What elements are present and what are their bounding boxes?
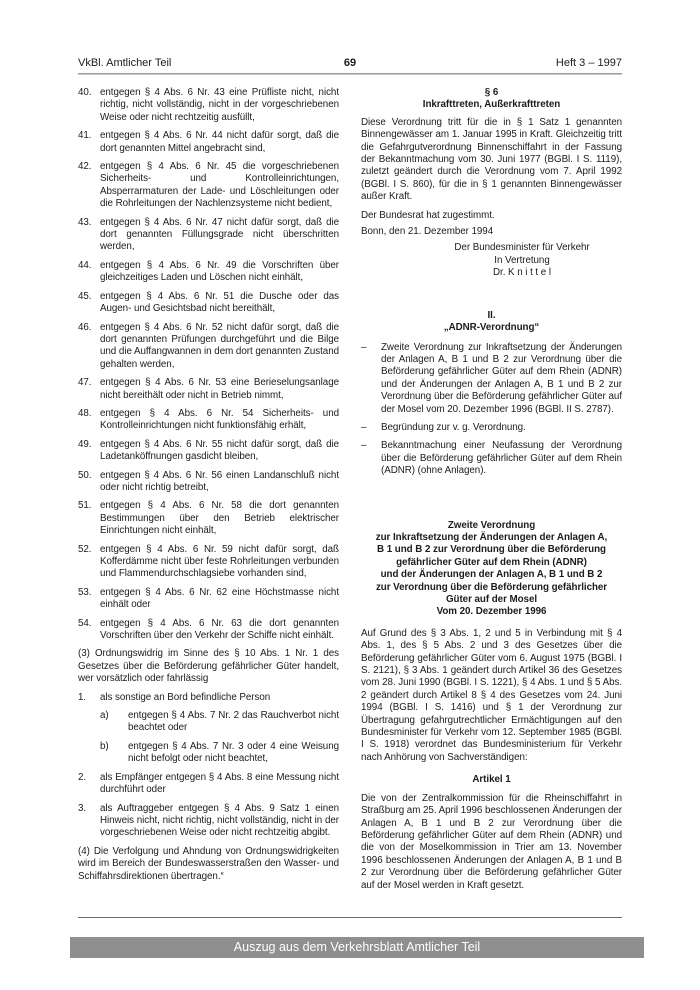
list-item-52: 52. entgegen § 4 Abs. 6 Nr. 59 nicht daf… xyxy=(78,544,339,581)
enabling-clause: Auf Grund des § 3 Abs. 1, 2 und 5 in Ver… xyxy=(361,628,622,764)
sub-item-1: 1. als sonstige an Bord befindliche Pers… xyxy=(78,692,339,704)
signature-block: Der Bundesminister für Verkehr In Vertre… xyxy=(422,242,622,279)
footer-banner: Auszug aus dem Verkehrsblatt Amtlicher T… xyxy=(70,937,644,958)
item-text: entgegen § 4 Abs. 6 Nr. 47 nicht dafür s… xyxy=(100,217,339,254)
item-text: als Empfänger entgegen § 4 Abs. 8 eine M… xyxy=(100,772,339,797)
item-text: entgegen § 4 Abs. 6 Nr. 62 eine Höchstma… xyxy=(100,587,339,612)
item-text: entgegen § 4 Abs. 6 Nr. 54 Sicherheits- … xyxy=(100,408,339,433)
artikel-1-body: Die von der Zentralkommission für die Rh… xyxy=(361,793,622,892)
page-number: 69 xyxy=(259,57,440,70)
item-number: 53. xyxy=(78,587,100,612)
item-number: 40. xyxy=(78,87,100,124)
paragraph-3: (3) Ordnungswidrig im Sinne des § 10 Abs… xyxy=(78,648,339,685)
date-line: Bonn, den 21. Dezember 1994 xyxy=(361,226,622,238)
left-column: 40. entgegen § 4 Abs. 6 Nr. 43 eine Prüf… xyxy=(78,87,339,898)
section-ii-number: II. xyxy=(361,310,622,322)
item-number: 50. xyxy=(78,470,100,495)
dash-item-text: Bekanntmachung einer Neufassung der Vero… xyxy=(381,440,622,477)
item-number: 45. xyxy=(78,291,100,316)
item-text: entgegen § 4 Abs. 6 Nr. 58 die dort gena… xyxy=(100,500,339,537)
section-ii-heading: II. „ADNR-Verordnung“ xyxy=(361,310,622,335)
item-number: 46. xyxy=(78,322,100,372)
list-item-46: 46. entgegen § 4 Abs. 6 Nr. 52 nicht daf… xyxy=(78,322,339,372)
section-6-body: Diese Verordnung tritt für die in § 1 Sa… xyxy=(361,117,622,204)
item-number: 48. xyxy=(78,408,100,433)
item-number: 41. xyxy=(78,130,100,155)
section-6-heading: § 6 Inkrafttreten, Außerkrafttreten xyxy=(361,87,622,112)
item-text: entgegen § 4 Abs. 6 Nr. 49 die Vorschrif… xyxy=(100,260,339,285)
signature-name: Dr. K n i t t e l xyxy=(422,267,622,279)
item-text: entgegen § 4 Abs. 6 Nr. 56 einen Landans… xyxy=(100,470,339,495)
item-number: 49. xyxy=(78,439,100,464)
item-number: 51. xyxy=(78,500,100,537)
item-number: 1. xyxy=(78,692,100,704)
list-item-43: 43. entgegen § 4 Abs. 6 Nr. 47 nicht daf… xyxy=(78,217,339,254)
item-number: 54. xyxy=(78,618,100,643)
item-text: als Auftraggeber entgegen § 4 Abs. 9 Sat… xyxy=(100,803,339,840)
sub-item-3: 3. als Auftraggeber entgegen § 4 Abs. 9 … xyxy=(78,803,339,840)
list-item-41: 41. entgegen § 4 Abs. 6 Nr. 44 nicht daf… xyxy=(78,130,339,155)
item-text: entgegen § 4 Abs. 7 Nr. 2 das Rauchverbo… xyxy=(128,710,339,735)
item-text: entgegen § 4 Abs. 6 Nr. 53 eine Beriesel… xyxy=(100,377,339,402)
journal-title: VkBl. Amtlicher Teil xyxy=(78,57,259,70)
bundesrat-line: Der Bundesrat hat zugestimmt. xyxy=(361,210,622,222)
item-number: a) xyxy=(100,710,128,735)
dash-item-text: Begründung zur v. g. Verordnung. xyxy=(381,422,622,434)
bottom-rule xyxy=(78,917,622,918)
right-column: § 6 Inkrafttreten, Außerkrafttreten Dies… xyxy=(361,87,622,898)
item-text: entgegen § 4 Abs. 6 Nr. 55 nicht dafür s… xyxy=(100,439,339,464)
list-item-53: 53. entgegen § 4 Abs. 6 Nr. 62 eine Höch… xyxy=(78,587,339,612)
item-text: entgegen § 4 Abs. 7 Nr. 3 oder 4 eine We… xyxy=(128,741,339,766)
item-number: 43. xyxy=(78,217,100,254)
item-text: entgegen § 4 Abs. 6 Nr. 51 die Dusche od… xyxy=(100,291,339,316)
list-item-51: 51. entgegen § 4 Abs. 6 Nr. 58 die dort … xyxy=(78,500,339,537)
item-text: als sonstige an Bord befindliche Person xyxy=(100,692,339,704)
section-6-number: § 6 xyxy=(361,87,622,99)
artikel-1-title: Artikel 1 xyxy=(361,774,622,786)
item-number: 47. xyxy=(78,377,100,402)
item-text: entgegen § 4 Abs. 6 Nr. 44 nicht dafür s… xyxy=(100,130,339,155)
list-item-50: 50. entgegen § 4 Abs. 6 Nr. 56 einen Lan… xyxy=(78,470,339,495)
item-number: 3. xyxy=(78,803,100,840)
list-item-49: 49. entgegen § 4 Abs. 6 Nr. 55 nicht daf… xyxy=(78,439,339,464)
item-number: 2. xyxy=(78,772,100,797)
item-number: 44. xyxy=(78,260,100,285)
header-rule xyxy=(78,73,622,75)
paragraph-4: (4) Die Verfolgung und Ahndung von Ordnu… xyxy=(78,846,339,883)
list-item-45: 45. entgegen § 4 Abs. 6 Nr. 51 die Dusch… xyxy=(78,291,339,316)
list-item-48: 48. entgegen § 4 Abs. 6 Nr. 54 Sicherhei… xyxy=(78,408,339,433)
signature-office: Der Bundesminister für Verkehr xyxy=(422,242,622,254)
dash-glyph: – xyxy=(361,342,381,416)
dash-glyph: – xyxy=(361,422,381,434)
dash-item-2: – Begründung zur v. g. Verordnung. xyxy=(361,422,622,434)
section-6-title: Inkrafttreten, Außerkrafttreten xyxy=(361,99,622,111)
dash-item-text: Zweite Verordnung zur Inkraftsetzung der… xyxy=(381,342,622,416)
dash-item-3: – Bekanntmachung einer Neufassung der Ve… xyxy=(361,440,622,477)
list-item-47: 47. entgegen § 4 Abs. 6 Nr. 53 eine Beri… xyxy=(78,377,339,402)
sub-item-2: 2. als Empfänger entgegen § 4 Abs. 8 ein… xyxy=(78,772,339,797)
signature-deputy: In Vertretung xyxy=(422,255,622,267)
item-number: b) xyxy=(100,741,128,766)
list-item-44: 44. entgegen § 4 Abs. 6 Nr. 49 die Vorsc… xyxy=(78,260,339,285)
item-text: entgegen § 4 Abs. 6 Nr. 52 nicht dafür s… xyxy=(100,322,339,372)
list-item-42: 42. entgegen § 4 Abs. 6 Nr. 45 die vorge… xyxy=(78,161,339,211)
section-ii-title: „ADNR-Verordnung“ xyxy=(361,322,622,334)
sub-item-1b: b) entgegen § 4 Abs. 7 Nr. 3 oder 4 eine… xyxy=(100,741,339,766)
footer-banner-text: Auszug aus dem Verkehrsblatt Amtlicher T… xyxy=(234,940,480,954)
item-text: entgegen § 4 Abs. 6 Nr. 43 eine Prüflist… xyxy=(100,87,339,124)
item-text: entgegen § 4 Abs. 6 Nr. 63 die dort gena… xyxy=(100,618,339,643)
dash-glyph: – xyxy=(361,440,381,477)
text-columns: 40. entgegen § 4 Abs. 6 Nr. 43 eine Prüf… xyxy=(78,87,622,898)
running-head: VkBl. Amtlicher Teil 69 Heft 3 – 1997 xyxy=(78,57,622,70)
dash-item-1: – Zweite Verordnung zur Inkraftsetzung d… xyxy=(361,342,622,416)
item-number: 42. xyxy=(78,161,100,211)
issue-label: Heft 3 – 1997 xyxy=(441,57,622,70)
item-text: entgegen § 4 Abs. 6 Nr. 45 die vorgeschr… xyxy=(100,161,339,211)
sub-item-1a: a) entgegen § 4 Abs. 7 Nr. 2 das Rauchve… xyxy=(100,710,339,735)
ordinance-title: Zweite Verordnung zur Inkraftsetzung der… xyxy=(361,520,622,619)
item-number: 52. xyxy=(78,544,100,581)
list-item-40: 40. entgegen § 4 Abs. 6 Nr. 43 eine Prüf… xyxy=(78,87,339,124)
document-page: VkBl. Amtlicher Teil 69 Heft 3 – 1997 40… xyxy=(0,0,700,990)
item-text: entgegen § 4 Abs. 6 Nr. 59 nicht dafür s… xyxy=(100,544,339,581)
list-item-54: 54. entgegen § 4 Abs. 6 Nr. 63 die dort … xyxy=(78,618,339,643)
